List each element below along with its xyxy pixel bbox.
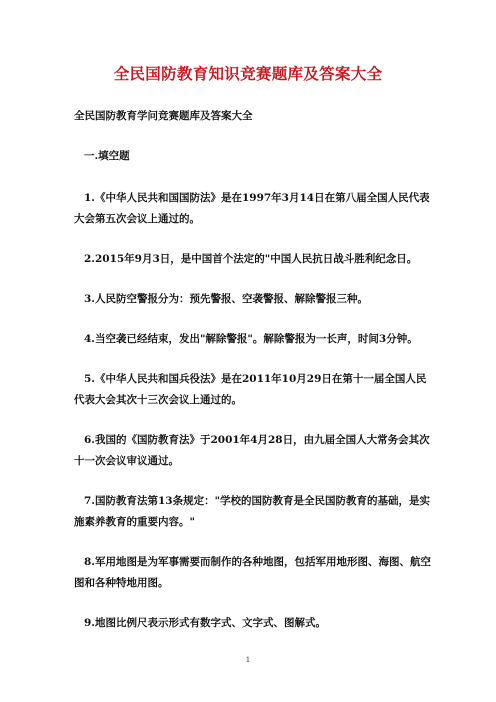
question-paragraph: 9.地图比例尺表示形式有数字式、文字式、图解式。 bbox=[74, 613, 434, 634]
question-paragraph: 1.《中华人民共和国国防法》是在1997年3月14日在第八届全国人民代表大会第五… bbox=[74, 188, 434, 230]
document-subtitle: 全民国防教育学问竞赛题库及答案大全 bbox=[74, 106, 434, 127]
question-paragraph: 4.当空袭已经结束，发出"解除警报"。解除警报为一长声，时间3分钟。 bbox=[74, 329, 434, 350]
question-paragraph: 8.军用地图是为军事需要而制作的各种地图，包括军用地形图、海图、航空图和各种特地… bbox=[74, 552, 434, 594]
question-paragraph: 7.国防教育法第13条规定："学校的国防教育是全民国防教育的基础，是实施素养教育… bbox=[74, 491, 434, 533]
section-heading: 一.填空题 bbox=[74, 146, 434, 167]
question-paragraph: 3.人民防空警报分为：预先警报、空袭警报、解除警报三种。 bbox=[74, 289, 434, 310]
document-body: 全民国防教育学问竞赛题库及答案大全 一.填空题 1.《中华人民共和国国防法》是在… bbox=[74, 106, 434, 634]
page-number: 1 bbox=[0, 656, 496, 664]
question-paragraph: 2.2015年9月3日，是中国首个法定的"中国人民抗日战斗胜利纪念日。 bbox=[74, 249, 434, 270]
question-paragraph: 5.《中华人民共和国兵役法》是在2011年10月29日在第十一届全国人民代表大会… bbox=[74, 369, 434, 411]
page-title: 全民国防教育知识竞赛题库及答案大全 bbox=[0, 62, 496, 84]
question-paragraph: 6.我国的《国防教育法》于2001年4月28日，由九届全国人大常务会其次十一次会… bbox=[74, 430, 434, 472]
